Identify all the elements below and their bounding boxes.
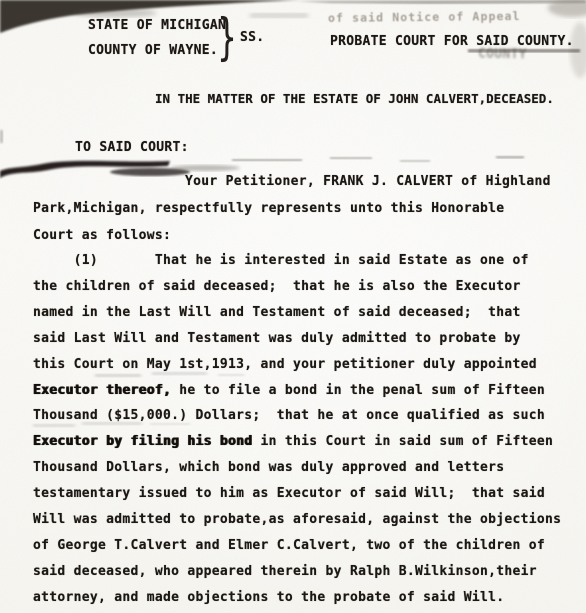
petition-line: Executor by filing his bond in this Cour…	[33, 429, 561, 455]
petition-line: Thousand ($15,000.) Dollars; that he at …	[33, 403, 561, 429]
petition-line: named in the Last Will and Testament of …	[33, 300, 561, 326]
petition-line: attorney, and made objections to the pro…	[33, 585, 561, 611]
body-text: named in the Last Will and Testament of …	[33, 305, 521, 320]
court-name: PROBATE COURT FOR SAID COUNTY.	[330, 34, 574, 49]
intro-line: Court as follows:	[33, 222, 551, 249]
petition-line: Executor thereof, he to file a bond in t…	[33, 378, 561, 404]
petition-line: Will was admitted to probate,as aforesai…	[33, 507, 561, 533]
petition-paragraph-1: (1) That he is interested in said Estate…	[33, 248, 561, 611]
body-text: Will was admitted to probate,as aforesai…	[33, 512, 561, 527]
petition-line: said deceased, who appeared therein by R…	[33, 559, 561, 585]
petition-line: this Court on May 1st,1913, and your pet…	[33, 352, 561, 378]
petition-line: the children of said deceased; that he i…	[33, 274, 561, 300]
ss-abbreviation: SS.	[240, 30, 264, 45]
body-text: said Last Will and Testament was duly ad…	[33, 331, 521, 346]
body-text: in this Court in said sum of Fifteen	[252, 434, 553, 449]
petition-line: (1) That he is interested in said Estate…	[33, 248, 561, 274]
petition-line: of George T.Calvert and Elmer C.Calvert,…	[33, 533, 561, 559]
body-text: the children of said deceased; that he i…	[33, 279, 521, 294]
intro-line: Park,Michigan, respectfully represents u…	[33, 195, 551, 222]
ghost-bleed-text: of said Notice of Appeal	[328, 9, 521, 25]
body-text: Thousand Dollars, which bond was duly ap…	[33, 460, 504, 475]
body-text: testamentary issued to him as Executor o…	[33, 486, 545, 501]
intro-line: Your Petitioner, FRANK J. CALVERT of Hig…	[185, 168, 551, 195]
scanned-document-page: of said Notice of Appeal STATE OF MICHIG…	[0, 0, 586, 613]
petition-line: Thousand Dollars, which bond was duly ap…	[33, 455, 561, 481]
body-text: of George T.Calvert and Elmer C.Calvert,…	[33, 538, 545, 553]
body-text: Thousand ($15,000.) Dollars; that he at …	[33, 408, 545, 423]
body-text: he to file a bond in the penal sum of Fi…	[171, 383, 545, 398]
body-text: (1) That he is interested in said Estate…	[33, 253, 529, 268]
jurisdiction-state-line: STATE OF MICHIGAN	[88, 18, 226, 33]
salutation: TO SAID COURT:	[75, 140, 189, 155]
petition-line: said Last Will and Testament was duly ad…	[33, 326, 561, 352]
jurisdiction-county-line: COUNTY OF WAYNE.	[88, 43, 218, 58]
body-text: said deceased, who appeared therein by R…	[33, 564, 537, 579]
body-text: this Court on May 1st,1913, and your pet…	[33, 357, 537, 372]
petition-line: testamentary issued to him as Executor o…	[33, 481, 561, 507]
overstruck-text: Executor by filing his bond	[33, 434, 252, 449]
case-title: IN THE MATTER OF THE ESTATE OF JOHN CALV…	[155, 91, 554, 106]
overstruck-text: Executor thereof,	[33, 383, 171, 398]
body-text: attorney, and made objections to the pro…	[33, 590, 504, 605]
brace-glyph: }	[217, 8, 237, 66]
petition-intro: Your Petitioner, FRANK J. CALVERT of Hig…	[33, 168, 551, 249]
ghost-overprint-text: COUNTY	[478, 47, 527, 63]
